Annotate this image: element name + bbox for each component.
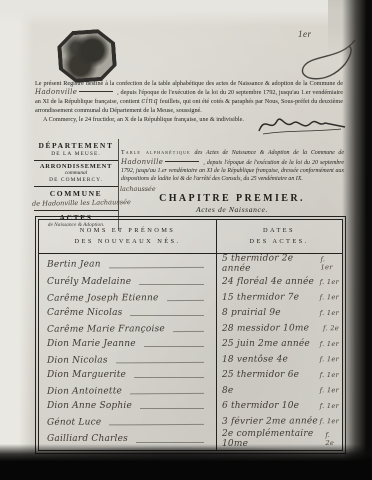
folio-mark: f. 1er: [320, 255, 339, 271]
date-value: 6 thermidor 10e: [222, 401, 299, 411]
scan-margin-left: [0, 0, 34, 480]
ruled-dash: [144, 340, 204, 347]
date-value: 8 prairial 9e: [222, 308, 281, 318]
folio-mark: f. 1er: [320, 340, 339, 348]
date-value: 25 thermidor 6e: [222, 370, 299, 380]
preamble-feuillets-handwritten: cinq: [141, 97, 158, 105]
name-value: Génot Luce: [47, 417, 101, 427]
date-value: 15 thermidor 7e: [222, 292, 299, 302]
table-row: Carême Joseph Etienne15 thermidor 7ef. 1…: [39, 289, 342, 306]
ruled-dash: [136, 436, 204, 443]
ruled-dash: [116, 356, 204, 363]
date-cell: 25 thermidor 6ef. 1er: [216, 370, 342, 380]
date-value: 18 ventôse 4e: [222, 354, 288, 364]
table-row: Dion Antoinette8ef. 1er: [39, 382, 342, 399]
table-row: Génot Luce3 février 2me annéef. 1er: [39, 413, 342, 430]
folio-mark: f. 1er: [320, 402, 339, 410]
sidebar-commune: COMMUNE de Hadonville les Lachaussée: [34, 187, 118, 211]
commune-name-handwritten: de Hadonville les Lachaussée: [32, 198, 118, 207]
table-row: Gailliard Charles2e complémentaire 10mef…: [39, 429, 342, 449]
preamble-text-1: Le présent Registre destiné à la confect…: [35, 80, 343, 87]
folio-mark: f. 1er: [320, 292, 339, 300]
chapter-heading: CHAPITRE PREMIER. Actes de Naissance.: [118, 193, 346, 214]
date-cell: 2e complémentaire 10mef. 2e: [216, 429, 342, 449]
name-cell: Carême Marie Françoise: [39, 323, 216, 334]
name-value: Dion Nicolas: [47, 355, 108, 365]
date-cell: 5 thermidor 2e annéef. 1er: [216, 253, 342, 274]
date-cell: 6 thermidor 10ef. 1er: [216, 401, 342, 411]
sidebar-arrondissement: ARRONDISSEMENT communal DE COMMERCY.: [34, 161, 118, 187]
name-cell: Curély Madelaine: [39, 277, 216, 287]
name-value: Gailliard Charles: [47, 434, 128, 444]
folio-mark: f. 1er: [320, 416, 339, 424]
date-value: 28 messidor 10me: [222, 323, 309, 333]
stamp-emblem: [61, 32, 114, 79]
name-cell: Carême Joseph Etienne: [39, 292, 216, 303]
date-value: 2e complémentaire 10me: [222, 429, 325, 449]
notice-commune-handwritten: Hadonville: [121, 158, 163, 166]
scanned-register-page: 1er Le présent Registre destiné à la con…: [0, 0, 372, 480]
name-value: Dion Marie Jeanne: [47, 339, 136, 349]
ruled-dash: [140, 402, 204, 409]
ruled-dash: [134, 371, 204, 378]
name-value: Bertin Jean: [47, 259, 101, 269]
departement-label: DÉPARTEMENT: [34, 141, 118, 150]
notice-handwritten-note: lachaussée: [120, 185, 156, 193]
name-value: Carême Joseph Etienne: [47, 292, 159, 303]
name-value: Curély Madelaine: [47, 277, 131, 287]
date-value: 24 floréal 4e année: [222, 277, 314, 287]
name-value: Carême Marie Françoise: [47, 323, 165, 334]
name-cell: Dion Anne Sophie: [39, 401, 216, 411]
table-row: Dion Marie Jeanne25 juin 2me annéef. 1er: [39, 336, 342, 352]
arrondissement-label: ARRONDISSEMENT: [34, 163, 118, 170]
ruled-dash: [109, 260, 204, 267]
name-cell: Génot Luce: [39, 416, 216, 427]
ruled-dash: [173, 325, 204, 332]
folio-mark: f. 1er: [320, 371, 339, 379]
name-cell: Dion Nicolas: [39, 354, 216, 365]
date-cell: 8ef. 1er: [216, 384, 342, 395]
table-row: Dion Nicolas18 ventôse 4ef. 1er: [39, 351, 342, 368]
date-value: 3 février 2me année: [222, 416, 318, 427]
folio-mark: f. 1er: [320, 309, 339, 317]
chapter-title: CHAPITRE PREMIER.: [118, 193, 346, 204]
names-header-line1: NOMS ET PRÉNOMS: [80, 226, 176, 237]
ruled-dash: [130, 309, 204, 316]
name-cell: Gailliard Charles: [39, 434, 216, 444]
table-row: Carême Marie Françoise28 messidor 10mef.…: [39, 320, 342, 337]
preamble-commune-handwritten: Hadonville: [35, 88, 77, 96]
names-header-line2: DES NOUVEAUX NÉS.: [75, 237, 181, 248]
date-cell: 24 floréal 4e annéef. 1er: [216, 277, 342, 287]
notice-text-1: des Actes de Naissance & Adoption de la …: [191, 150, 344, 156]
table-row: Dion Anne Sophie6 thermidor 10ef. 1er: [39, 398, 342, 414]
date-value: 5 thermidor 2e année: [222, 253, 321, 274]
date-cell: 28 messidor 10mef. 2e: [216, 322, 342, 333]
table-body: Bertin Jean5 thermidor 2e annéef. 1er Cu…: [39, 254, 342, 449]
arrondissement-value: DE COMMERCY.: [34, 177, 118, 183]
ruled-blank: [79, 90, 113, 92]
date-value: 8e: [222, 385, 234, 395]
date-cell: 18 ventôse 4ef. 1er: [216, 353, 342, 364]
sidebar-departement: DÉPARTEMENT DE LA MEUSE.: [34, 139, 118, 161]
header-dates-column: DATES DES ACTES.: [216, 220, 342, 253]
name-cell: Bertin Jean: [39, 259, 216, 270]
table-header: NOMS ET PRÉNOMS DES NOUVEAUX NÉS. DATES …: [39, 220, 342, 254]
name-value: Dion Anne Sophie: [47, 401, 132, 411]
folio-mark: f. 1er: [320, 278, 339, 286]
folio-mark: f. 2e: [323, 323, 339, 331]
departement-value: DE LA MEUSE.: [34, 151, 118, 157]
name-cell: Dion Marguerite: [39, 370, 216, 380]
ruled-dash: [109, 418, 204, 425]
ruled-dash: [130, 387, 204, 394]
table-row: Curély Madelaine24 floréal 4e annéef. 1e…: [39, 274, 342, 290]
commune-label: COMMUNE: [34, 189, 118, 198]
table-row: Dion Marguerite25 thermidor 6ef. 1er: [39, 367, 342, 383]
notice-lead: Table alphabétique: [121, 150, 191, 156]
dates-header-line2: DES ACTES.: [249, 237, 308, 248]
chapter-subtitle: Actes de Naissance.: [118, 205, 346, 214]
name-cell: Carême Nicolas: [39, 308, 216, 318]
date-cell: 15 thermidor 7ef. 1er: [216, 291, 342, 302]
ruled-dash: [166, 294, 204, 301]
folio-mark: f. 1er: [320, 354, 339, 362]
name-value: Carême Nicolas: [47, 308, 122, 318]
name-cell: Dion Antoinette: [39, 385, 216, 396]
folio-mark: f. 1er: [320, 385, 339, 393]
table-row: Bertin Jean5 thermidor 2e annéef. 1er: [39, 253, 342, 275]
birth-acts-table: NOMS ET PRÉNOMS DES NOUVEAUX NÉS. DATES …: [38, 219, 343, 451]
revenue-stamp-icon: [56, 28, 117, 84]
table-notice-paragraph: Table alphabétique des Actes de Naissanc…: [121, 150, 344, 184]
sidebar-administrative-block: DÉPARTEMENT DE LA MEUSE. ARRONDISSEMENT …: [34, 139, 119, 231]
name-value: Dion Marguerite: [47, 370, 126, 380]
date-cell: 25 juin 2me annéef. 1er: [216, 339, 342, 349]
folio-mark: f. 2e: [325, 431, 339, 447]
table-row: Carême Nicolas8 prairial 9ef. 1er: [39, 305, 342, 321]
ruled-dash: [139, 278, 204, 285]
date-cell: 8 prairial 9ef. 1er: [216, 308, 342, 318]
name-value: Dion Antoinette: [47, 386, 122, 396]
arrondissement-sub: communal: [34, 170, 118, 176]
header-names-column: NOMS ET PRÉNOMS DES NOUVEAUX NÉS.: [39, 220, 216, 253]
dates-header-line1: DATES: [263, 226, 295, 237]
date-value: 25 juin 2me année: [222, 339, 310, 349]
name-cell: Dion Marie Jeanne: [39, 339, 216, 349]
ruled-blank: [165, 160, 199, 162]
date-cell: 3 février 2me annéef. 1er: [216, 415, 342, 426]
scan-margin-top: [0, 0, 372, 26]
signature-flourish-icon: [253, 111, 349, 139]
